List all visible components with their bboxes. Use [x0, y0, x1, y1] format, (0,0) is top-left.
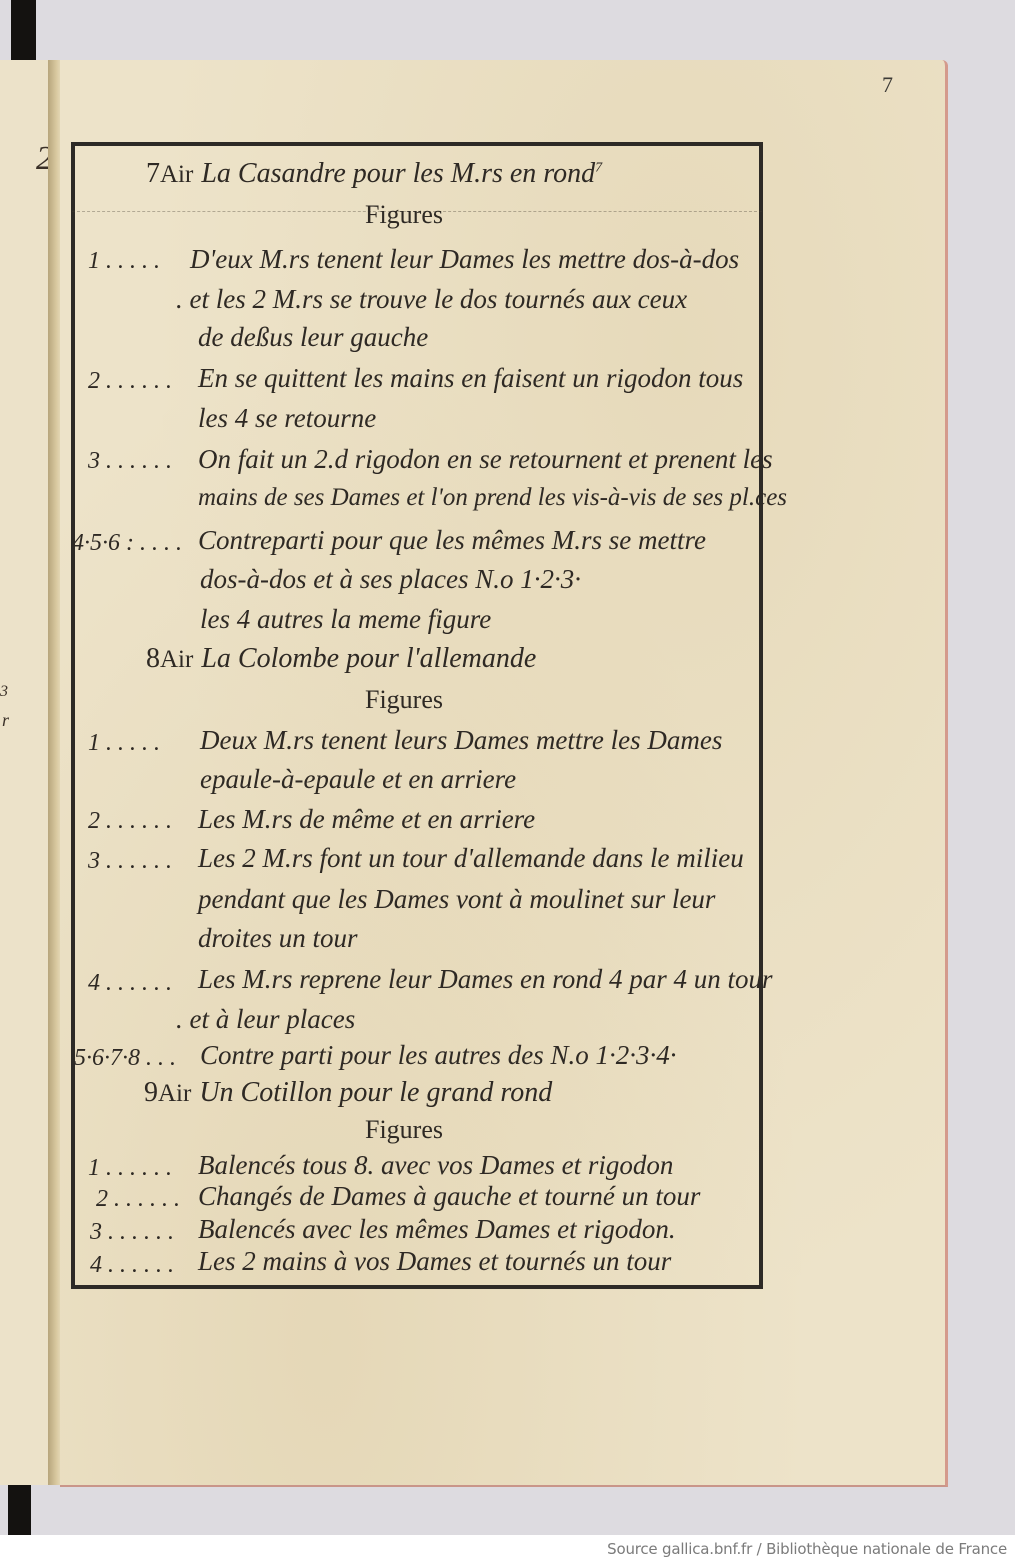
air-word: Air [158, 1080, 191, 1107]
figure-line: En se quittent les mains en faisent un r… [198, 363, 743, 394]
air-heading-7: 7AirLa Casandre pour les M.rs en rond7 [146, 158, 602, 190]
figure-line: de deßus leur gauche [198, 322, 428, 353]
facing-page-mark: 3 [0, 683, 8, 701]
figure-number: 1 . . . . . [88, 730, 160, 757]
figure-line: Deux M.rs tenent leurs Dames mettre les … [200, 725, 722, 756]
air-number: 8 [146, 643, 160, 674]
air-number: 9 [144, 1077, 158, 1108]
air-heading-9: 9AirUn Cotillon pour le grand rond [144, 1077, 552, 1109]
figure-number: 2 . . . . . . [96, 1186, 180, 1213]
figure-line: Balencés tous 8. avec vos Dames et rigod… [198, 1150, 673, 1181]
figure-line: les 4 se retourne [198, 403, 376, 434]
figure-line: . et les 2 M.rs se trouve le dos tournés… [176, 284, 687, 315]
figure-number: 2 . . . . . . [88, 368, 172, 395]
figure-line: epaule-à-epaule et en arriere [200, 764, 516, 795]
figure-line: droites un tour [198, 923, 358, 954]
figure-line: D'eux M.rs tenent leur Dames les mettre … [190, 244, 739, 275]
air-word: Air [160, 161, 193, 188]
facing-page-mark: r [2, 710, 9, 731]
air-title: Un Cotillon pour le grand rond [199, 1077, 552, 1108]
figure-line: mains de ses Dames et l'on prend les vis… [198, 484, 787, 512]
figure-number: 5·6·7·8 . . . [74, 1045, 176, 1072]
figure-number: 1 . . . . . . [88, 1155, 172, 1182]
figure-line: dos-à-dos et à ses places N.o 1·2·3· [200, 564, 581, 595]
figure-line: les 4 autres la meme figure [200, 604, 491, 635]
figure-number: 3 . . . . . . [88, 848, 172, 875]
figure-number: 4 . . . . . . [88, 970, 172, 997]
figure-number: 3 . . . . . . [88, 448, 172, 475]
figure-line: pendant que les Dames vont à moulinet su… [198, 884, 715, 915]
source-credit: Source gallica.bnf.fr / Bibliothèque nat… [607, 1540, 1007, 1558]
figures-heading: Figures [365, 200, 443, 230]
corner-mark: 7 [595, 161, 602, 176]
binding-strip-bottom [8, 1482, 31, 1535]
figure-line: Contreparti pour que les mêmes M.rs se m… [198, 525, 706, 556]
figure-line: On fait un 2.d rigodon en se retournent … [198, 444, 773, 475]
air-number: 7 [146, 158, 160, 189]
figure-line: Balencés avec les mêmes Dames et rigodon… [198, 1214, 676, 1245]
air-title: La Colombe pour l'allemande [201, 643, 536, 674]
figure-line: Changés de Dames à gauche et tourné un t… [198, 1181, 700, 1212]
figure-line: Contre parti pour les autres des N.o 1·2… [200, 1040, 677, 1071]
page-number: 7 [882, 72, 893, 98]
figures-heading: Figures [365, 1115, 443, 1145]
figure-line: Les M.rs de même et en arriere [198, 804, 535, 835]
figure-line: Les 2 M.rs font un tour d'allemande dans… [198, 843, 744, 874]
figure-line: Les M.rs reprene leur Dames en rond 4 pa… [198, 964, 772, 995]
figure-line: Les 2 mains à vos Dames et tournés un to… [198, 1246, 671, 1277]
figure-number: 3 . . . . . . [90, 1219, 174, 1246]
figure-line: . et à leur places [176, 1004, 355, 1035]
figures-heading: Figures [365, 685, 443, 715]
air-word: Air [160, 646, 193, 673]
figure-number: 1 . . . . . [88, 248, 160, 275]
binding-strip-top [11, 0, 36, 62]
figure-number: 2 . . . . . . [88, 808, 172, 835]
air-heading-8: 8AirLa Colombe pour l'allemande [146, 643, 536, 675]
figure-number: 4·5·6 : . . . . [72, 530, 182, 557]
air-title: La Casandre pour les M.rs en rond [201, 158, 595, 189]
figure-number: 4 . . . . . . [90, 1252, 174, 1279]
